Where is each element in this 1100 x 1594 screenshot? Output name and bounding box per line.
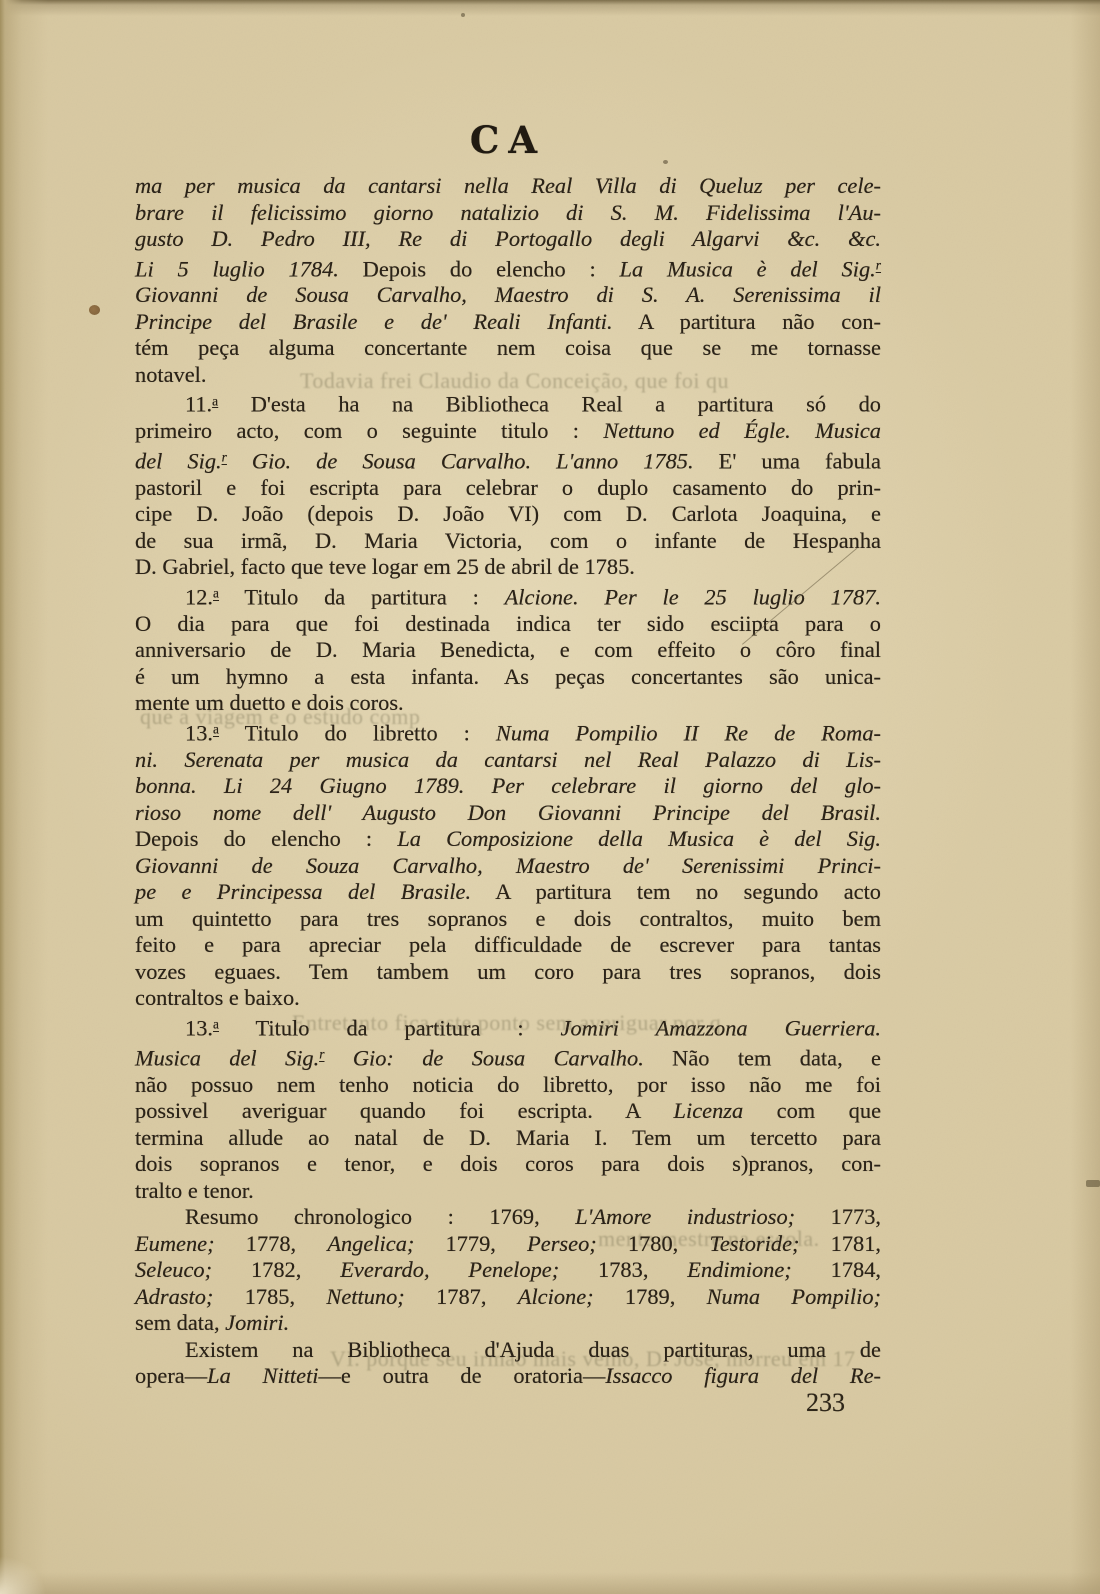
paper-speck — [663, 160, 668, 164]
text-line: possivel averiguar quando foi escripta. … — [135, 1098, 881, 1125]
text-line: um quintetto para tres sopranos e dois c… — [135, 906, 881, 933]
text-line: O dia para que foi destinada indica ter … — [135, 611, 881, 638]
text-line: Li 5 luglio 1784. Depois do elencho : La… — [135, 253, 881, 283]
text-line: 13.a Titulo do libretto : Numa Pompilio … — [135, 717, 881, 747]
text-line: D. Gabriel, facto que teve logar em 25 d… — [135, 554, 881, 581]
text-line: gusto D. Pedro III, Re di Portogallo deg… — [135, 226, 881, 253]
paragraph: 13.a Titulo do libretto : Numa Pompilio … — [135, 717, 881, 1012]
text-line: Giovanni de Sousa Carvalho, Maestro di S… — [135, 282, 881, 309]
text-line: 13.a Titulo da partitura : Jomiri Amazzo… — [135, 1012, 881, 1042]
book-page-scan: Todavia frei Claudio da Conceição, que f… — [0, 0, 1100, 1594]
text-line: primeiro acto, com o seguinte titulo : N… — [135, 418, 881, 445]
text-line: Adrasto; 1785, Nettuno; 1787, Alcione; 1… — [135, 1284, 881, 1311]
paragraph: ma per musica da cantarsi nella Real Vil… — [135, 173, 881, 388]
paragraph: 13.a Titulo da partitura : Jomiri Amazzo… — [135, 1012, 881, 1204]
text-line: 12.a Titulo da partitura : Alcione. Per … — [135, 581, 881, 611]
text-line: anniversario de D. Maria Benedicta, e co… — [135, 637, 881, 664]
text-line: contraltos e baixo. — [135, 985, 881, 1012]
text-line: pastoril e foi escripta para celebrar o … — [135, 475, 881, 502]
text-line: Principe del Brasile e de' Reali Infanti… — [135, 309, 881, 336]
text-line: dois sopranos e tenor, e dois coros para… — [135, 1151, 881, 1178]
text-line: tralto e tenor. — [135, 1178, 881, 1205]
ink-spot — [89, 305, 100, 315]
text-line: 11.a D'esta ha na Bibliotheca Real a par… — [135, 388, 881, 418]
running-header: CA — [135, 118, 881, 162]
text-line: cipe D. João (depois D. João VI) com D. … — [135, 501, 881, 528]
text-line: tém peça alguma concertante nem coisa qu… — [135, 335, 881, 362]
text-line: feito e para apreciar pela difficuldade … — [135, 932, 881, 959]
text-line: Eumene; 1778, Angelica; 1779, Perseo; 17… — [135, 1231, 881, 1258]
text-line: del Sig.r Gio. de Sousa Carvalho. L'anno… — [135, 445, 881, 475]
main-text-block: ma per musica da cantarsi nella Real Vil… — [135, 173, 881, 1390]
paragraph: Existem na Bibliotheca d'Ajuda duas part… — [135, 1337, 881, 1390]
text-line: ni. Serenata per musica da cantarsi nel … — [135, 747, 881, 774]
paragraph: Resumo chronologico : 1769, L'Amore indu… — [135, 1204, 881, 1337]
paragraph: 11.a D'esta ha na Bibliotheca Real a par… — [135, 388, 881, 580]
text-line: Depois do elencho : La Composizione dell… — [135, 826, 881, 853]
text-line: sem data, Jomiri. — [135, 1310, 881, 1337]
page-number: 233 — [135, 1388, 881, 1418]
text-line: bonna. Li 24 Giugno 1789. Per celebrare … — [135, 773, 881, 800]
text-line: opera—La Nitteti—e outra de oratoria—Iss… — [135, 1363, 881, 1390]
worn-corner — [0, 1556, 46, 1594]
text-line: termina allude ao natal de D. Maria I. T… — [135, 1125, 881, 1152]
text-line: de sua irmã, D. Maria Victoria, com o in… — [135, 528, 881, 555]
text-line: Musica del Sig.r Gio: de Sousa Carvalho.… — [135, 1042, 881, 1072]
text-line: Seleuco; 1782, Everardo, Penelope; 1783,… — [135, 1257, 881, 1284]
text-line: pe e Principessa del Brasile. A partitur… — [135, 879, 881, 906]
paragraph: 12.a Titulo da partitura : Alcione. Per … — [135, 581, 881, 717]
text-line: vozes eguaes. Tem tambem um coro para tr… — [135, 959, 881, 986]
text-line: Existem na Bibliotheca d'Ajuda duas part… — [135, 1337, 881, 1364]
text-line: não possuo nem tenho noticia do libretto… — [135, 1072, 881, 1099]
text-line: ma per musica da cantarsi nella Real Vil… — [135, 173, 881, 200]
text-line: rioso nome dell' Augusto Don Giovanni Pr… — [135, 800, 881, 827]
edge-ink-mark — [1086, 1180, 1100, 1187]
text-line: mente um duetto e dois coros. — [135, 690, 881, 717]
text-line: Giovanni de Souza Carvalho, Maestro de' … — [135, 853, 881, 880]
text-line: brare il felicissimo giorno natalizio di… — [135, 200, 881, 227]
paper-speck — [461, 13, 465, 17]
text-line: é um hymno a esta infanta. As peças conc… — [135, 664, 881, 691]
text-line: Resumo chronologico : 1769, L'Amore indu… — [135, 1204, 881, 1231]
text-line: notavel. — [135, 362, 881, 389]
